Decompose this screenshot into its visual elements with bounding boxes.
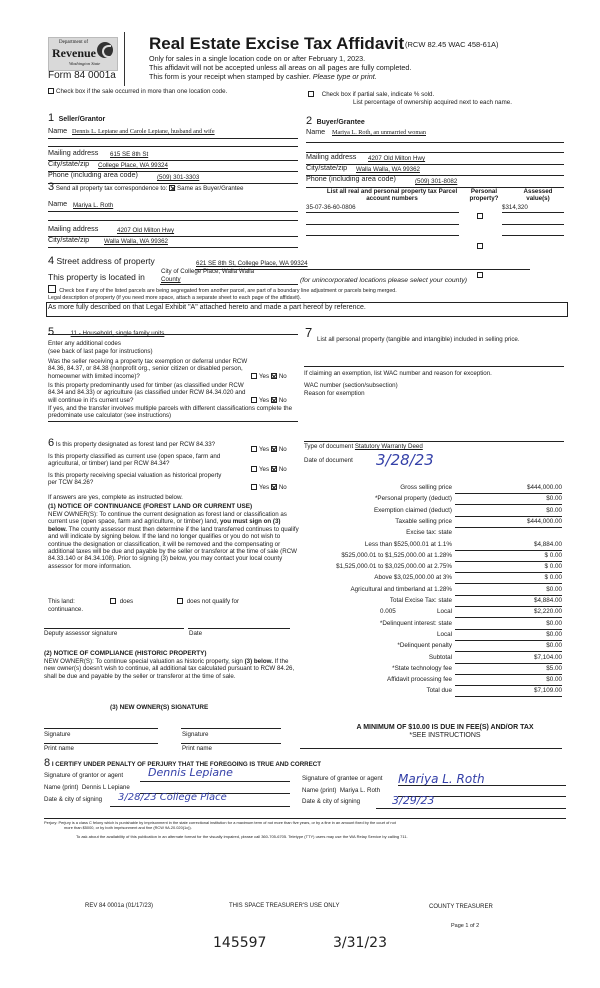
s6-q1-answer: Yes No [251, 446, 287, 453]
tax-row-label: *State technology fee [392, 665, 452, 672]
section-number: 4 [48, 255, 54, 267]
tax-row-line [455, 696, 562, 697]
located-line2[interactable]: County [161, 276, 181, 283]
located-note: (for unincorporated locations please sel… [300, 277, 467, 284]
owner-sig-label-1: Signature [44, 731, 71, 738]
perjury-text-b: more than $5000, or by both imprisonment… [64, 825, 192, 830]
notice1-text: NEW OWNER(S): To continue the current de… [48, 511, 300, 570]
parcel-number-field[interactable]: 35-07-36-60-0806 [306, 204, 356, 211]
s5-q2-answer: Yes No [251, 397, 287, 404]
tax-row: Local0.005$2,220.00 [300, 607, 562, 618]
yes-label: Yes [259, 373, 269, 380]
page-indicator: Page 1 of 2 [451, 923, 479, 929]
seller-name-label: Name [48, 127, 67, 136]
s6-instruction: If answers are yes, complete as instruct… [48, 494, 183, 501]
assessed-line [502, 235, 564, 236]
tax-row: *Delinquent penalty$0.00 [300, 641, 562, 652]
tax-row-label: Affidavit processing fee [387, 676, 452, 683]
tax-row: Total Excise Tax: state$4,884.00 [300, 596, 562, 607]
corr-city-label: City/state/zip [48, 236, 89, 245]
yes-checkbox[interactable] [251, 484, 257, 490]
continuance-label: continuance. [48, 606, 83, 613]
checkbox-icon [110, 598, 116, 604]
tax-row: Less than $525,000.01 at 1.1%$4,884.00 [300, 540, 562, 551]
tax-row-value[interactable]: $ 0.00 [544, 574, 562, 581]
seller-mailing-label: Mailing address [48, 149, 98, 158]
tax-row: *Personal property (deduct)$0.00 [300, 494, 562, 505]
doc-type-field[interactable]: Statutory Warranty Deed [355, 443, 423, 450]
tax-row-value[interactable]: $5.00 [546, 665, 562, 672]
owner-sig-label-2: Signature [182, 731, 209, 738]
corr-mailing-label: Mailing address [48, 225, 98, 234]
exemption-label: If claiming an exemption, list WAC numbe… [304, 370, 492, 377]
notice1-text-b: The county assessor must then determine … [48, 526, 299, 570]
s5-bottom-line [48, 421, 298, 422]
section-number: 1 [48, 112, 54, 124]
s5-q2: Is this property predominantly used for … [48, 382, 248, 404]
tax-row-value[interactable]: $0.00 [546, 586, 562, 593]
corr-name-line [48, 211, 298, 212]
no-label: No [279, 446, 287, 453]
wac-label: WAC number (section/subsection) [304, 382, 398, 389]
owner-sig-line-2 [181, 728, 281, 729]
partial-sale-checkbox[interactable]: Check box if partial sale, indicate % so… [308, 91, 434, 98]
tax-row-value[interactable]: $7,104.00 [534, 654, 562, 661]
yes-label: Yes [259, 484, 269, 491]
multi-location-checkbox[interactable]: Check box if the sale occurred in more t… [48, 88, 227, 95]
form-number: Form 84 0001a [48, 70, 116, 81]
tax-row-label: Local [437, 631, 452, 638]
tax-row: Excise tax: state [300, 528, 562, 539]
segregated-checkbox[interactable]: Check box if any of the listed parcels a… [48, 285, 397, 295]
dor-logo: Department of Revenue Washington State [48, 37, 118, 71]
tax-row-value[interactable]: $ 0.00 [544, 552, 562, 559]
personal-col-header: Personal property? [465, 188, 503, 203]
corr-mailing-field[interactable]: 4207 Old Milton Hwy [117, 227, 174, 234]
reason-label: Reason for exemption [304, 390, 365, 397]
assessed-col-header: Assessed value(s) [513, 188, 563, 203]
parcel-line [306, 224, 459, 225]
revision-label: REV 84 0001a (01/17/23) [85, 903, 153, 909]
section-number: 8 [44, 757, 50, 769]
tax-row-value[interactable]: $0.00 [546, 620, 562, 627]
tax-row: *State technology fee$5.00 [300, 664, 562, 675]
logo-dept: Department of [59, 40, 88, 45]
local-rate: 0.005 [380, 608, 396, 615]
no-checkbox[interactable] [271, 397, 277, 403]
tax-row-label: Subtotal [429, 654, 452, 661]
doc-date-field[interactable]: 3/28/23 [376, 451, 434, 469]
tax-row-label: $525,000.01 to $1,525,000.00 at 1.28% [341, 552, 452, 559]
section-number: 2 [306, 115, 312, 127]
tax-row-label: Total Excise Tax: state [390, 597, 452, 604]
segregated-label: Check box if any of the listed parcels a… [59, 288, 396, 294]
owner-print-line-1 [44, 743, 158, 744]
legal-description: As more fully described on that Legal Ex… [47, 303, 567, 312]
corr-name-line2 [48, 220, 298, 221]
assessed-value-field[interactable]: $314,320 [502, 204, 528, 211]
no-label: No [279, 373, 287, 380]
s6-q3-answer: Yes No [251, 484, 287, 491]
deputy-date-label: Date [189, 630, 202, 637]
buyer-phone-field[interactable]: (509) 301-8082 [415, 178, 457, 185]
notice2-text-a: NEW OWNER(S): To continue special valuat… [44, 658, 245, 665]
personal-property-checkbox[interactable] [477, 243, 483, 249]
section-5-heading: 5 11 - Household, single family units [48, 322, 164, 340]
tax-row-value[interactable]: $0.00 [546, 642, 562, 649]
header-note-3: This form is your receipt when stamped b… [149, 73, 377, 82]
buyer-phone-label: Phone (including area code) [306, 175, 396, 184]
deputy-date-line [188, 628, 290, 629]
grantor-sig-line [140, 781, 290, 782]
grantor-date-field[interactable]: 3/28/23 College Place [118, 792, 227, 803]
tax-row-label: Gross selling price [400, 484, 452, 491]
tax-row-value[interactable]: $ 0.00 [544, 563, 562, 570]
tax-row-label: Agricultural and timberland at 1.28% [350, 586, 452, 593]
seller-mailing-field[interactable]: 615 SE 8th St [110, 151, 148, 158]
buyer-mailing-label: Mailing address [306, 153, 356, 162]
additional-codes-label: Enter any additional codes [48, 340, 121, 347]
legal-description-box[interactable]: As more fully described on that Legal Ex… [46, 302, 568, 317]
tax-row: Exemption claimed (deduct)$0.00 [300, 506, 562, 517]
tax-row: $1,525,000.01 to $3,025,000.00 at 2.75%$… [300, 562, 562, 573]
street-label: Street address of property [57, 256, 155, 266]
same-as-buyer-checkbox[interactable] [169, 185, 175, 191]
tax-row-label: *Delinquent interest: state [380, 620, 452, 627]
parcel-line [306, 212, 459, 213]
tax-row-value[interactable]: $0.00 [546, 507, 562, 514]
corr-name-field[interactable]: Mariya L. Roth [73, 202, 113, 209]
correspondence-label: Send all property tax correspondence to: [56, 185, 167, 192]
section-1-heading: 1 Seller/Grantor [48, 108, 105, 126]
yes-checkbox[interactable] [251, 397, 257, 403]
personal-property-line [304, 366, 564, 367]
treasurer-number: 145597 [213, 935, 266, 951]
doc-type-text: Type of document [304, 443, 353, 450]
see-instructions: *SEE INSTRUCTIONS [300, 732, 590, 739]
does-not-label: does not qualify for [187, 598, 239, 605]
grantee-signature[interactable]: Mariya L. Roth [398, 772, 485, 786]
tax-row-value[interactable]: $2,220.00 [534, 608, 562, 615]
section-7-heading: 7 [305, 324, 312, 342]
treasurer-space-label: THIS SPACE TREASURER'S USE ONLY [229, 903, 340, 909]
tax-row-value[interactable]: $444,000.00 [527, 518, 562, 525]
tax-row-value[interactable]: $0.00 [546, 495, 562, 502]
does-label: does [120, 598, 133, 605]
tax-row: Local$0.00 [300, 630, 562, 641]
partial-sale-sublabel: List percentage of ownership acquired ne… [353, 99, 512, 106]
tax-row: Gross selling price$444,000.00 [300, 483, 562, 494]
parcel-row: 35-07-36-60-0806$314,320 [0, 0, 600, 18]
grantee-date-field[interactable]: 3/29/23 [392, 794, 434, 807]
doc-date-label: Date of document [304, 457, 353, 464]
corr-name-label: Name [48, 200, 67, 209]
logo-state: Washington State [69, 61, 100, 66]
does-checkbox[interactable]: does [110, 598, 133, 605]
grantee-date-line [376, 808, 566, 809]
parcel-line [306, 235, 459, 236]
s6-q1-text: Is this property designated as forest la… [56, 441, 215, 448]
yes-checkbox[interactable] [251, 466, 257, 472]
tax-row-value[interactable]: $7,109.00 [534, 687, 562, 694]
section-4-street: 4 Street address of property [48, 255, 155, 267]
yes-checkbox[interactable] [251, 373, 257, 379]
grantor-name-text: Name (print) [44, 784, 78, 791]
header-note-3-text: This form is your receipt when stamped b… [149, 72, 311, 81]
section-3-heading: 3 Send all property tax correspondence t… [48, 184, 243, 192]
s6-q2: Is this property classified as current u… [48, 453, 248, 468]
exemption-bottom-line [304, 441, 564, 442]
tax-row: Agricultural and timberland at 1.28%$0.0… [300, 585, 562, 596]
header-note-italic: Please type or print. [313, 72, 377, 81]
multi-location-label: Check box if the sale occurred in more t… [56, 88, 227, 95]
minimum-notice: A MINIMUM OF $10.00 IS DUE IN FEE(S) AND… [300, 724, 590, 731]
buyer-name-label: Name [306, 128, 325, 137]
street-field[interactable]: 621 SE 8th St, College Place, WA 99324 [196, 260, 308, 267]
s5-q1-answer: Yes No [251, 373, 287, 380]
grantee-sig-line [398, 785, 566, 786]
buyer-heading: Buyer/Grantee [317, 119, 365, 126]
tax-row: Subtotal$7,104.00 [300, 653, 562, 664]
tax-row-value[interactable]: $444,000.00 [527, 484, 562, 491]
partial-sale-label: Check box if partial sale, indicate % so… [322, 91, 434, 98]
tax-row-label: Excise tax: state [406, 529, 452, 536]
s5-q1: Was the seller receiving a property tax … [48, 358, 248, 380]
form-title: Real Estate Excise Tax Affidavit [149, 34, 404, 54]
header-divider [124, 32, 125, 86]
checkbox-icon [48, 88, 54, 94]
checkbox-icon [48, 285, 56, 293]
notice2-title: (2) NOTICE OF COMPLIANCE (HISTORIC PROPE… [44, 650, 207, 657]
no-label: No [279, 397, 287, 404]
personal-property-checkbox[interactable] [477, 272, 483, 278]
seller-phone-field[interactable]: (509) 301-3303 [157, 174, 199, 181]
deputy-sig-line [44, 628, 184, 629]
grantee-sig-label: Signature of grantee or agent [302, 775, 383, 782]
tax-row-label: Exemption claimed (deduct) [374, 507, 452, 514]
owner-print-label-1: Print name [44, 745, 74, 752]
grantor-name-label: Name (print) Dennis L Lepiane [44, 784, 130, 791]
grantee-name-field[interactable]: Mariya L. Roth [340, 787, 380, 794]
logo-revenue: Revenue [52, 46, 96, 61]
notice2-text: NEW OWNER(S): To continue special valuat… [44, 658, 296, 680]
buyer-city-label: City/state/zip [306, 164, 347, 173]
seller-city-label: City/state/zip [48, 160, 89, 169]
notice2-text-bold: (3) below. [245, 658, 273, 665]
seller-city-field[interactable]: College Place, WA 99324 [98, 162, 168, 169]
section-number: 6 [48, 437, 54, 449]
assessed-line [502, 224, 564, 225]
yes-label: Yes [259, 446, 269, 453]
multi-parcel-note: If yes, and the transfer involves multip… [48, 405, 298, 420]
grantor-sig-label: Signature of grantor or agent [44, 772, 123, 779]
deputy-label: Deputy assessor signature [44, 630, 117, 637]
no-label: No [279, 484, 287, 491]
seller-phone-label: Phone (including area code) [48, 171, 138, 180]
buyer-city-field[interactable]: Walla Walla, WA 99362 [356, 166, 420, 173]
s6-q3: Is this property receiving special valua… [48, 472, 228, 487]
yes-label: Yes [259, 397, 269, 404]
yes-label: Yes [259, 466, 269, 473]
tax-row-label: *Personal property (deduct) [375, 495, 452, 502]
section-number: 5 [48, 326, 54, 338]
grantor-name-field[interactable]: Dennis L Lepiane [82, 784, 130, 791]
tax-row: Above $3,025,000.00 at 3%$ 0.00 [300, 573, 562, 584]
tax-bottom-line [300, 748, 562, 749]
buyer-name-field[interactable]: Mariya L. Roth, an unmarried woman [332, 129, 426, 136]
tax-row: *Delinquent interest: state$0.00 [300, 619, 562, 630]
perjury-top-line [44, 818, 566, 819]
assessed-line [502, 212, 564, 213]
owner-sig-title: (3) NEW OWNER(S) SIGNATURE [110, 704, 208, 711]
yes-checkbox[interactable] [251, 446, 257, 452]
doc-type-label: Type of document Statutory Warranty Deed [304, 443, 423, 450]
s6-q1: 6 Is this property designated as forest … [48, 440, 215, 448]
grantee-date-label: Date & city of signing [302, 798, 360, 805]
s6-q2-answer: Yes No [251, 466, 287, 473]
grantee-name-text: Name (print) [302, 787, 336, 794]
no-checkbox[interactable] [271, 484, 277, 490]
tax-row-value[interactable]: $0.00 [546, 631, 562, 638]
tax-row-label: *Delinquent penalty [397, 642, 452, 649]
owner-sig-line-1 [44, 728, 158, 729]
grantor-date-label: Date & city of signing [44, 796, 102, 803]
section-number: 3 [48, 181, 54, 193]
checkbox-icon [308, 91, 314, 97]
use-code-line [48, 334, 298, 335]
same-as-buyer-label: Same as Buyer/Grantee [177, 185, 243, 192]
no-checkbox[interactable] [271, 466, 277, 472]
tax-row-label: Total due [426, 687, 452, 694]
grantee-name-label: Name (print) Mariya L. Roth [302, 787, 380, 794]
county-treasurer-label: COUNTY TREASURER [429, 904, 493, 910]
additional-codes-sub: (see back of last page for instructions) [48, 348, 153, 355]
corr-city-line [48, 247, 298, 248]
tax-row-value[interactable]: $4,884.00 [534, 597, 562, 604]
owner-print-label-2: Print name [182, 745, 212, 752]
tax-row: Total due$7,109.00 [300, 686, 562, 697]
located-line1[interactable]: City of College Place, Walla Walla [161, 268, 254, 275]
form-statute: (RCW 82.45 WAC 458-61A) [405, 40, 499, 49]
notice1-title: (1) NOTICE OF CONTINUANCE (FOREST LAND O… [48, 503, 252, 510]
tax-row-label: Less than $525,000.01 at 1.1% [365, 541, 452, 548]
treasurer-date: 3/31/23 [333, 935, 387, 951]
located-label: This property is located in [48, 272, 145, 282]
no-checkbox[interactable] [271, 446, 277, 452]
grantor-signature[interactable]: Dennis Lepiane [148, 766, 233, 779]
seller-heading: Seller/Grantor [59, 116, 106, 123]
tax-row-value[interactable]: $4,884.00 [534, 541, 562, 548]
owner-print-line-2 [181, 743, 281, 744]
no-checkbox[interactable] [271, 373, 277, 379]
no-label: No [279, 466, 287, 473]
does-not-checkbox[interactable]: does not qualify for [177, 598, 239, 605]
tax-row: $525,000.01 to $1,525,000.00 at 1.28%$ 0… [300, 551, 562, 562]
seller-name-line2 [48, 146, 298, 147]
tax-row-value[interactable]: $0.00 [546, 676, 562, 683]
tax-row: Taxable selling price$444,000.00 [300, 517, 562, 528]
grantor-date-line [110, 806, 290, 807]
logo-emblem-icon [97, 42, 113, 58]
section-number: 7 [305, 325, 312, 340]
seller-name-line [48, 138, 298, 139]
tax-row-label: Local [437, 608, 452, 615]
corr-city-field[interactable]: Walla Walla, WA 99362 [104, 238, 168, 245]
tax-row-label: Taxable selling price [395, 518, 452, 525]
buyer-name-line [306, 142, 564, 143]
parcel-col-header: List all real and personal property tax … [322, 188, 462, 203]
personal-property-checkbox[interactable] [477, 213, 483, 219]
this-land-label: This land: [48, 598, 75, 605]
checkbox-icon [177, 598, 183, 604]
seller-name-field[interactable]: Dennis L. Lepiane and Carole Lepiane, hu… [72, 128, 215, 135]
legal-label: Legal description of property (if you ne… [48, 295, 301, 301]
buyer-mailing-field[interactable]: 4207 Old Milton Hwy [368, 155, 425, 162]
tax-row: Affidavit processing fee$0.00 [300, 675, 562, 686]
tax-row-label: $1,525,000.01 to $3,025,000.00 at 2.75% [336, 563, 452, 570]
personal-property-label: List all personal property (tangible and… [317, 336, 520, 343]
tax-row-label: Above $3,025,000.00 at 3% [374, 574, 452, 581]
accessibility-text: To ask about the availability of this pu… [76, 834, 408, 839]
